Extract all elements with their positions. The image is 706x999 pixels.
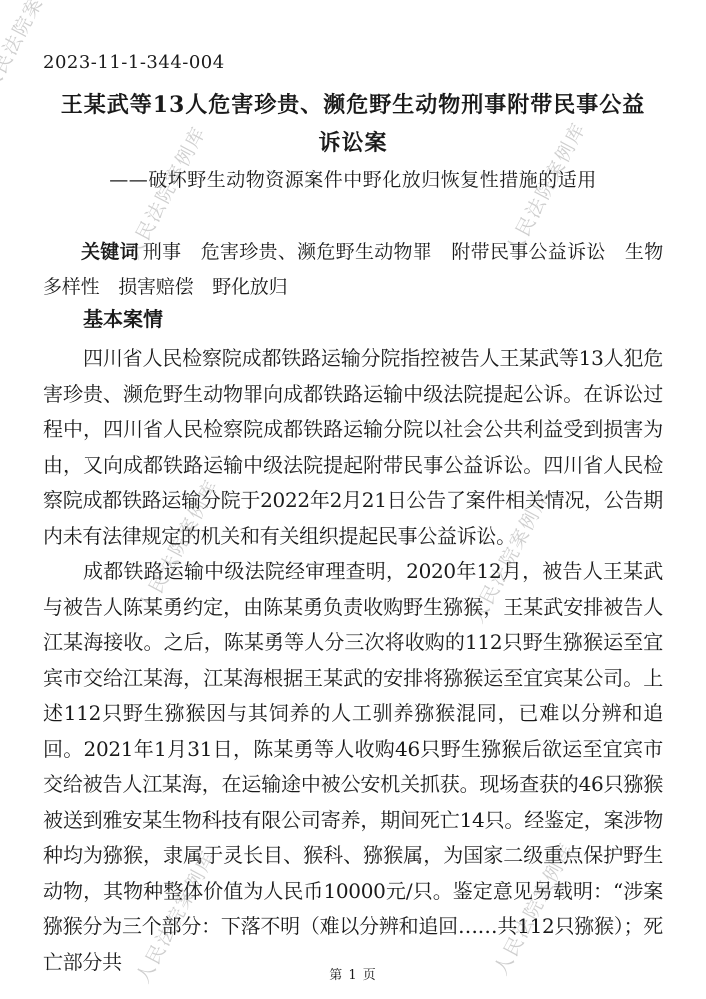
document-title: 王某武等13人危害珍贵、濒危野生动物刑事附带民事公益诉讼案 xyxy=(56,86,650,162)
document-content: 2023-11-1-344-004 王某武等13人危害珍贵、濒危野生动物刑事附带… xyxy=(43,52,663,980)
document-subtitle: ——破坏野生动物资源案件中野化放归恢复性措施的适用 xyxy=(43,167,663,193)
case-number: 2023-11-1-344-004 xyxy=(43,52,663,74)
page-number-footer: 第 1 页 xyxy=(0,964,706,983)
paragraph-basic-facts-2: 成都铁路运输中级法院经审理查明，2020年12月，被告人王某武与被告人陈某勇约定… xyxy=(43,554,663,980)
keywords-label: 关键词 xyxy=(81,241,139,263)
keywords-line: 关键词刑事 危害珍贵、濒危野生动物罪 附带民事公益诉讼 生物多样性 损害赔偿 野… xyxy=(43,235,663,305)
document-page: 人民法院案例库 人民法院案例库 人民法院案例库 人民法院案例库 人民法院案例库 … xyxy=(0,0,706,999)
paragraph-basic-facts-1: 四川省人民检察院成都铁路运输分院指控被告人王某武等13人犯危害珍贵、濒危野生动物… xyxy=(43,341,663,554)
section-heading-basic-facts: 基本案情 xyxy=(43,305,663,333)
